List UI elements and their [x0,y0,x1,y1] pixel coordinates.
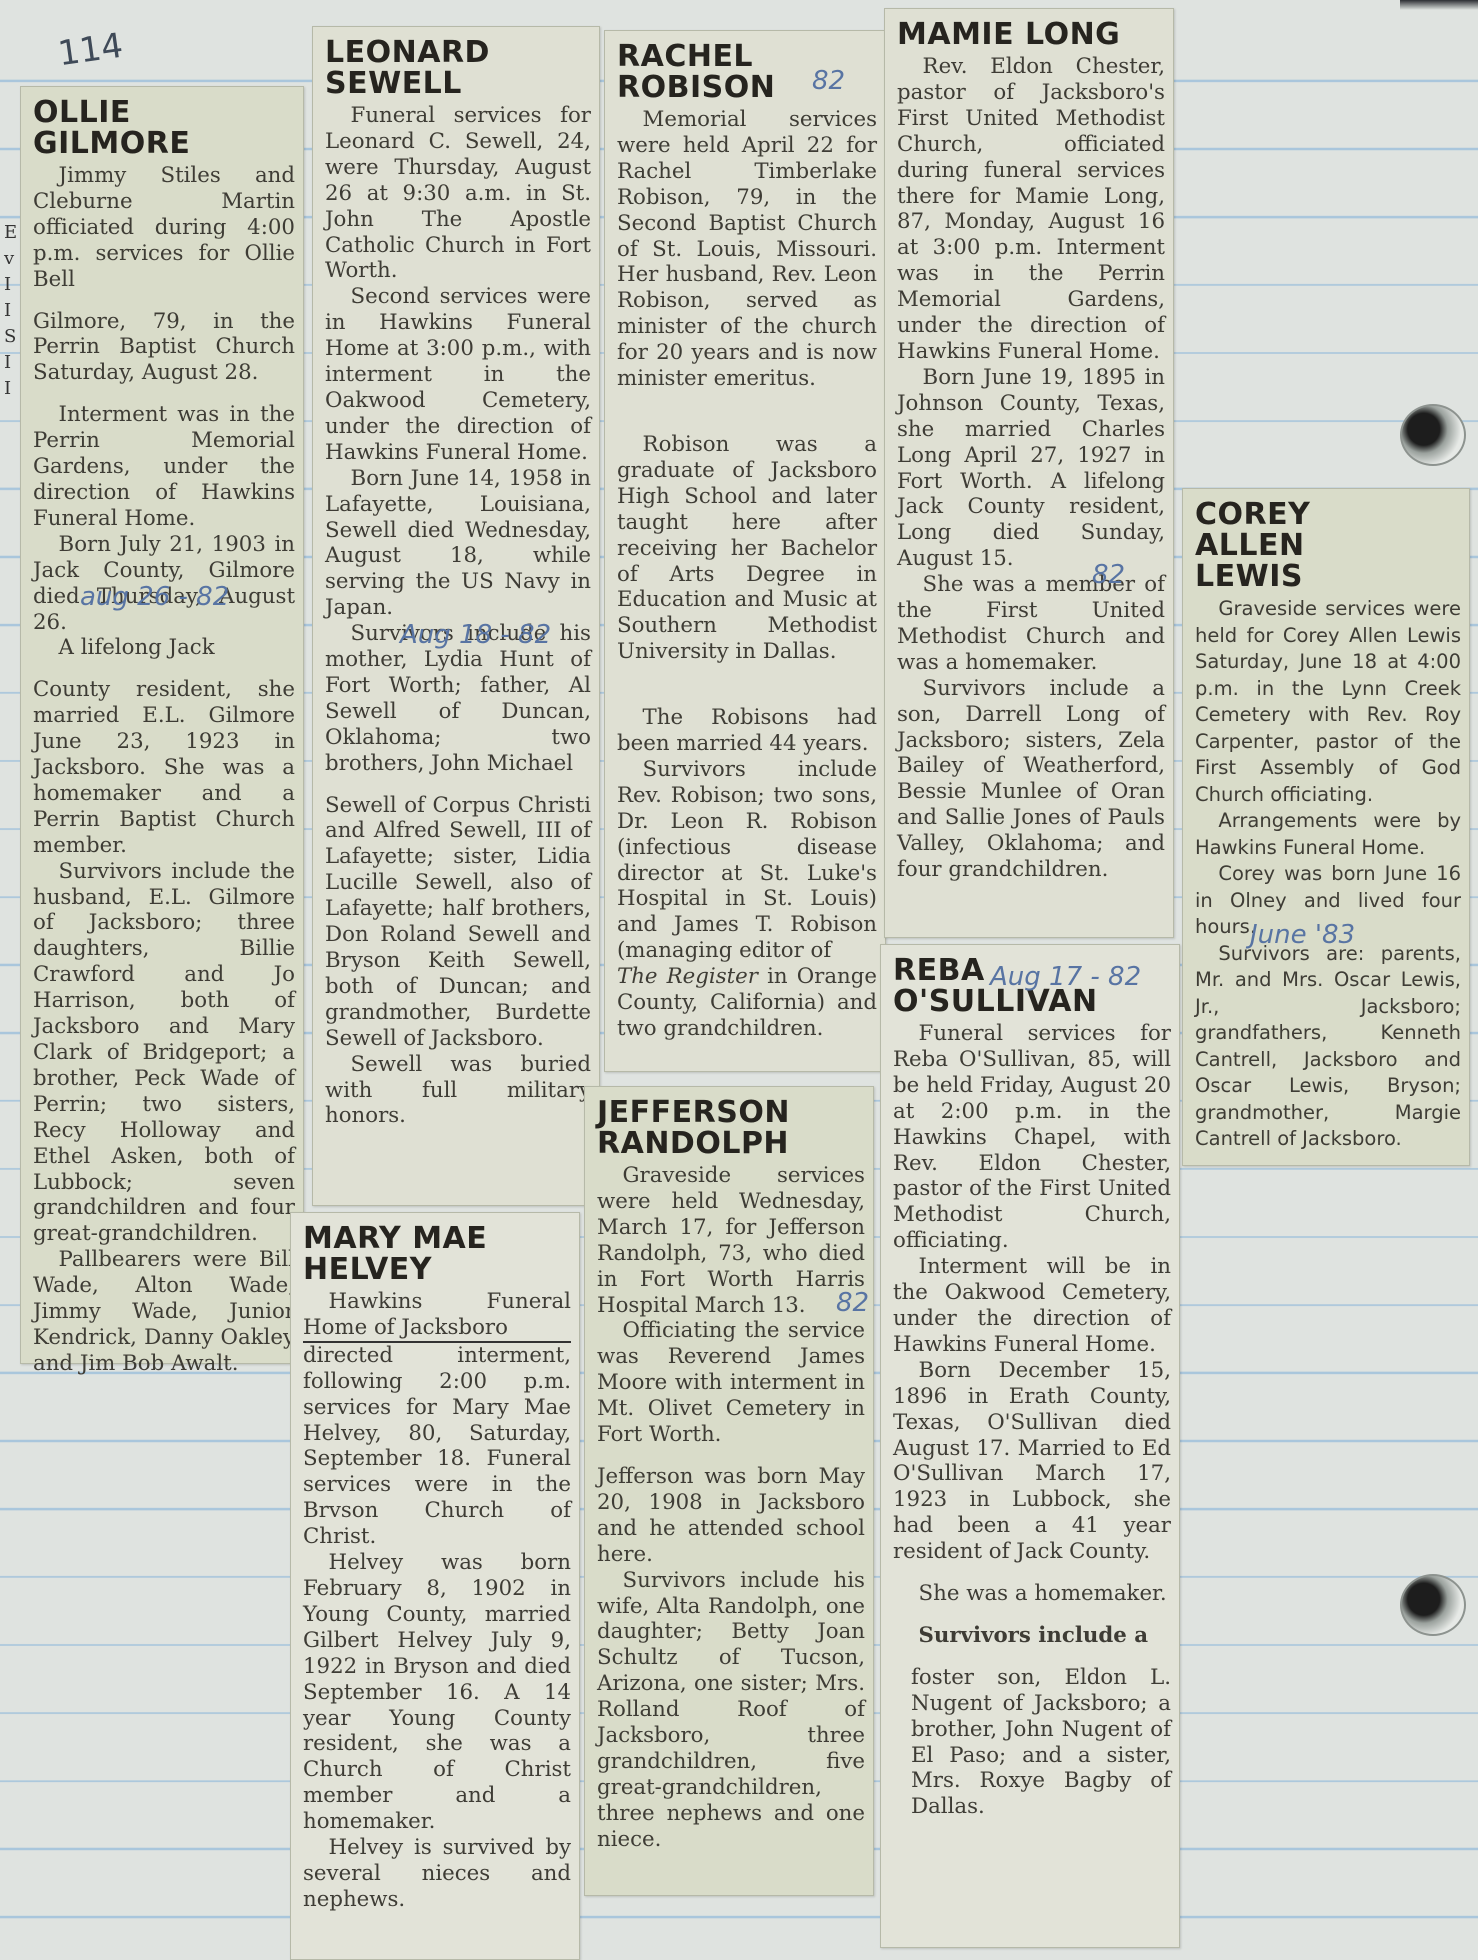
obituary-headline: RACHEL ROBISON [617,41,877,103]
page-number-note: 114 [56,26,126,75]
margin-edge-fragments: E v I I S I I [4,220,16,402]
obituary-body: Graveside services were held for Corey A… [1195,596,1461,1153]
obituary-headline: LEONARD SEWELL [325,37,591,99]
page-edge-shadow [1400,0,1478,10]
obituary-headline: JEFFERSON RANDOLPH [597,1097,865,1159]
obituary-body: Memorial services were held April 22 for… [617,107,877,1042]
obituary-mamie-long: MAMIE LONG Rev. Eldon Chester, pastor of… [884,8,1174,938]
obituary-rachel-robison: RACHEL ROBISON Memorial services were he… [604,30,886,1072]
obituary-headline: REBA O'SULLIVAN [893,955,1171,1017]
obituary-headline: MARY MAE HELVEY [303,1223,571,1285]
obituary-leonard-sewell: LEONARD SEWELL Funeral services for Leon… [312,26,600,1206]
obituary-body: Graveside services were held Wednesday, … [597,1163,865,1853]
obituary-jefferson-randolph: JEFFERSON RANDOLPH Graveside services we… [584,1086,874,1896]
obituary-body: Funeral services for Leonard C. Sewell, … [325,103,591,1129]
obituary-headline: OLLIE GILMORE [33,97,295,159]
binder-hole [1400,1574,1466,1636]
binder-hole [1400,404,1466,466]
obituary-body: Funeral services for Reba O'Sullivan, 85… [893,1021,1171,1820]
obituary-body: Hawkins Funeral Home of Jacksboro direct… [303,1289,571,1913]
obituary-headline: COREY ALLEN LEWIS [1195,499,1461,592]
scrapbook-page: 114 E v I I S I I OLLIE GILMORE Jimmy St… [0,0,1478,1960]
obituary-headline: MAMIE LONG [897,19,1165,50]
obituary-ollie-gilmore: OLLIE GILMORE Jimmy Stiles and Cleburne … [20,86,304,1364]
obituary-corey-allen-lewis: COREY ALLEN LEWIS Graveside services wer… [1182,488,1470,1166]
obituary-mary-mae-helvey: MARY MAE HELVEY Hawkins Funeral Home of … [290,1212,580,1960]
obituary-body: Jimmy Stiles and Cleburne Martin officia… [33,163,295,1377]
obituary-reba-osullivan: REBA O'SULLIVAN Funeral services for Reb… [880,944,1180,1948]
obituary-body: Rev. Eldon Chester, pastor of Jacksboro'… [897,54,1165,883]
